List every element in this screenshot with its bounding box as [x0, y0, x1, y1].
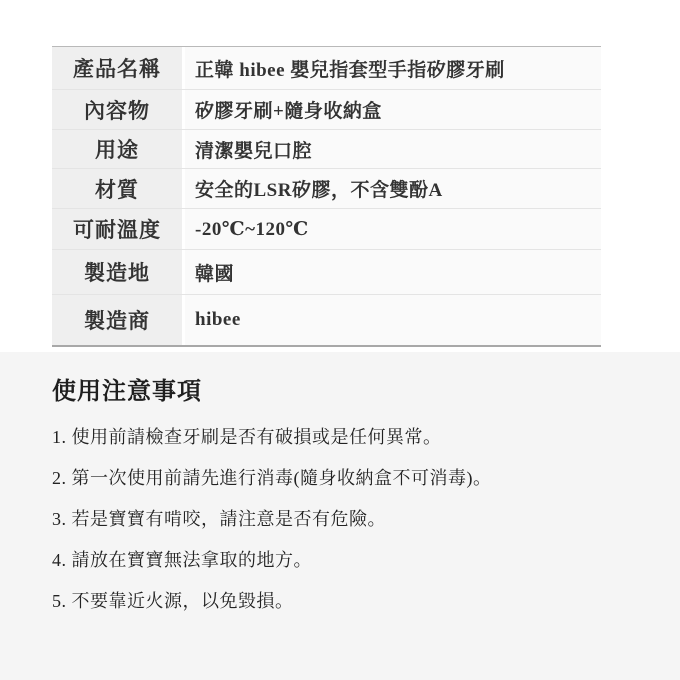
list-item: 5. 不要靠近火源，以免毀損。 [52, 589, 640, 613]
list-item: 4. 請放在寶寶無法拿取的地方。 [52, 548, 640, 572]
table-row: 產品名稱 正韓 hibee 嬰兒指套型手指矽膠牙刷 [52, 47, 601, 90]
spec-value-material: 安全的LSR矽膠，不含雙酚A [185, 169, 601, 208]
list-item: 3. 若是寶寶有啃咬，請注意是否有危險。 [52, 507, 640, 531]
usage-notes-heading: 使用注意事項 [52, 378, 640, 406]
table-row: 製造商 hibee [52, 295, 601, 345]
table-row: 用途 清潔嬰兒口腔 [52, 130, 601, 169]
spec-label-material: 材質 [52, 169, 185, 208]
spec-value-usage: 清潔嬰兒口腔 [185, 130, 601, 168]
table-row: 可耐溫度 -20℃~120℃ [52, 209, 601, 250]
spec-value-contents: 矽膠牙刷+隨身收納盒 [185, 90, 601, 129]
table-row: 材質 安全的LSR矽膠，不含雙酚A [52, 169, 601, 209]
spec-label-temperature: 可耐溫度 [52, 209, 185, 249]
spec-label-product-name: 產品名稱 [52, 47, 185, 89]
list-item: 2. 第一次使用前請先進行消毒(隨身收納盒不可消毒)。 [52, 466, 640, 490]
usage-notes-section: 使用注意事項 1. 使用前請檢查牙刷是否有破損或是任何異常。 2. 第一次使用前… [0, 352, 680, 680]
spec-label-manufacturer: 製造商 [52, 295, 185, 345]
table-row: 內容物 矽膠牙刷+隨身收納盒 [52, 90, 601, 130]
spec-value-product-name: 正韓 hibee 嬰兒指套型手指矽膠牙刷 [185, 47, 601, 89]
usage-notes-list: 1. 使用前請檢查牙刷是否有破損或是任何異常。 2. 第一次使用前請先進行消毒(… [52, 425, 640, 613]
spec-label-contents: 內容物 [52, 90, 185, 129]
product-spec-table: 產品名稱 正韓 hibee 嬰兒指套型手指矽膠牙刷 內容物 矽膠牙刷+隨身收納盒… [52, 46, 601, 347]
list-item: 1. 使用前請檢查牙刷是否有破損或是任何異常。 [52, 425, 640, 449]
spec-label-usage: 用途 [52, 130, 185, 168]
spec-label-origin: 製造地 [52, 250, 185, 294]
table-row: 製造地 韓國 [52, 250, 601, 295]
spec-value-manufacturer: hibee [185, 295, 601, 345]
spec-value-temperature: -20℃~120℃ [185, 209, 601, 249]
spec-value-origin: 韓國 [185, 250, 601, 294]
